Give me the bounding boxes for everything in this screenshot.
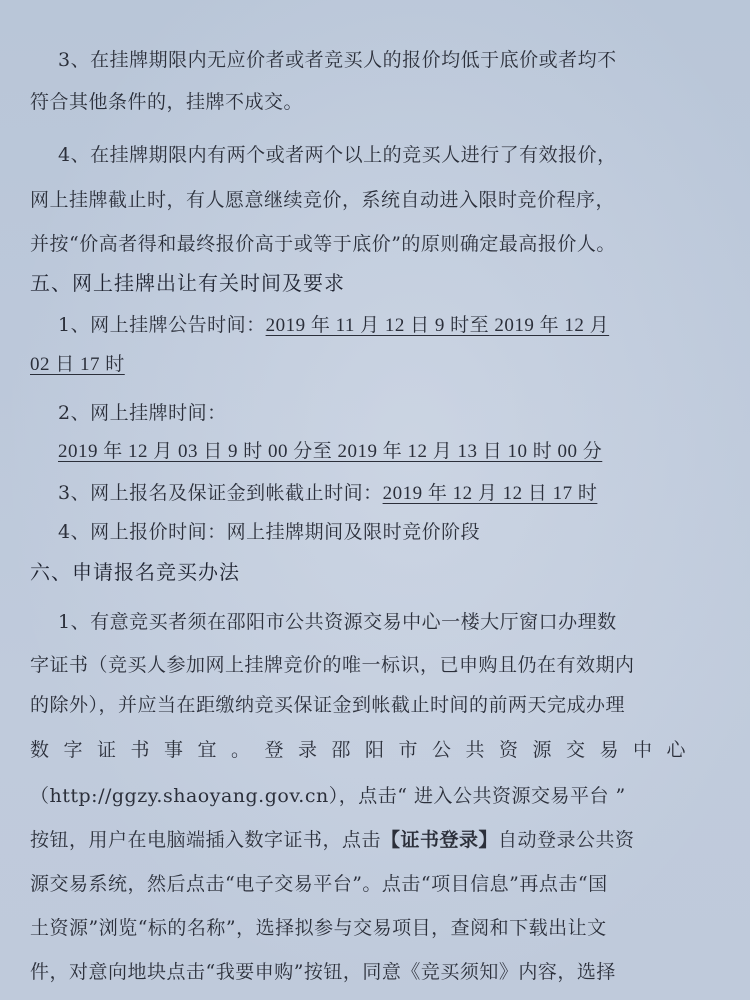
deposit-deadline-value: 2019 年 12 月 12 日 17 时 (383, 483, 598, 504)
section5-heading: 五、网上挂牌出让有关时间及要求 (30, 271, 345, 295)
listing-time-value: 2019 年 12 月 03 日 9 时 00 分至 2019 年 12 月 1… (58, 441, 602, 462)
item3-line2: 符合其他条件的，挂牌不成交。 (30, 90, 303, 114)
cert-login-text: 【证书登录】 (381, 829, 498, 851)
section5-item1: 1、网上挂牌公告时间：2019 年 11 月 12 日 9 时至 2019 年 … (58, 313, 609, 338)
section6-p1-line7: 源交易系统，然后点击“电子交易平台”。点击“项目信息”再点击“国 (30, 872, 608, 896)
section6-heading: 六、申请报名竞买办法 (30, 560, 240, 584)
bidding-time-value: 网上挂牌期间及限时竞价阶段 (227, 521, 481, 543)
section6-p1-line2: 字证书（竞买人参加网上挂牌竞价的唯一标识，已申购且仍在有效期内 (30, 653, 635, 677)
section5-item2-label: 2、网上挂牌时间： (58, 401, 227, 425)
section6-p1-line1: 1、有意竞买者须在邵阳市公共资源交易中心一楼大厅窗口办理数 (58, 610, 617, 634)
website-url-text: （http://ggzy.shaoyang.gov.cn），点击“ 进入公共资源… (30, 785, 626, 807)
section5-item3: 3、网上报名及保证金到帐截止时间：2019 年 12 月 12 日 17 时 (58, 481, 597, 506)
line6-post: 自动登录公共资 (498, 829, 635, 851)
section5-item4: 4、网上报价时间：网上挂牌期间及限时竞价阶段 (58, 520, 480, 544)
section5-item2-value: 2019 年 12 月 03 日 9 时 00 分至 2019 年 12 月 1… (58, 439, 602, 464)
announcement-time-value: 2019 年 11 月 12 日 9 时至 2019 年 12 月 (266, 315, 610, 336)
document-page: 3、在挂牌期限内无应价者或者竞买人的报价均低于底价或者均不 符合其他条件的，挂牌… (0, 0, 750, 1000)
item4-line1: 4、在挂牌期限内有两个或者两个以上的竞买人进行了有效报价， (58, 143, 617, 167)
item4-line3: 并按“价高者得和最终报价高于或等于底价”的原则确定最高报价人。 (30, 232, 616, 256)
announcement-time-value-cont: 02 日 17 时 (30, 354, 125, 375)
item4-line2: 网上挂牌截止时，有人愿意继续竞价，系统自动进入限时竞价程序， (30, 188, 615, 212)
section6-p1-line5: （http://ggzy.shaoyang.gov.cn），点击“ 进入公共资源… (30, 784, 626, 808)
item3-line1: 3、在挂牌期限内无应价者或者竞买人的报价均低于底价或者均不 (58, 48, 617, 72)
section6-p1-line6: 按钮，用户在电脑端插入数字证书，点击【证书登录】自动登录公共资 (30, 828, 635, 852)
announcement-time-label: 1、网上挂牌公告时间： (58, 314, 266, 336)
section5-item1-cont: 02 日 17 时 (30, 352, 125, 377)
line6-pre: 按钮，用户在电脑端插入数字证书，点击 (30, 829, 381, 851)
deposit-deadline-label: 3、网上报名及保证金到帐截止时间： (58, 482, 383, 504)
section6-p1-line4: 数字证书事宜。登录邵阳市公共资源交易中心 (30, 738, 700, 762)
section6-p1-line3: 的除外），并应当在距缴纳竞买保证金到帐截止时间的前两天完成办理 (30, 693, 625, 717)
bidding-time-label: 4、网上报价时间： (58, 521, 227, 543)
section6-p1-line8: 土资源”浏览“标的名称”，选择拟参与交易项目，查阅和下载出让文 (30, 916, 607, 940)
section6-p1-line9: 件，对意向地块点击“我要申购”按钮，同意《竞买须知》内容，选择 (30, 960, 616, 984)
